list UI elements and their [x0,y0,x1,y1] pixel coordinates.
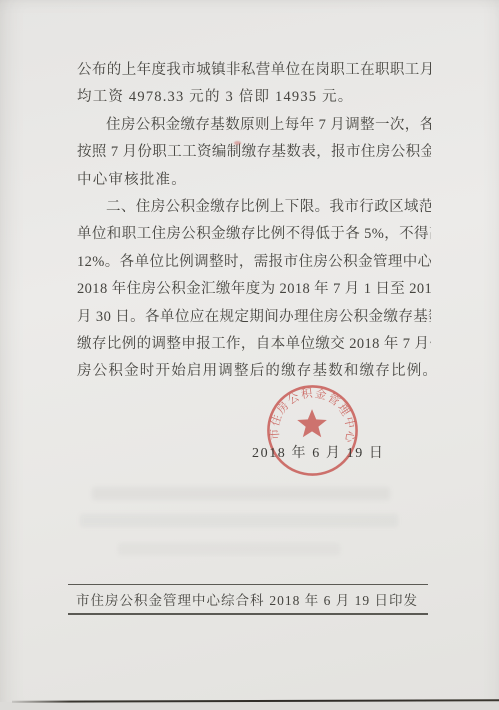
issuing-department: 市住房公积金管理中心综合科 [76,589,265,609]
body-text-line: 月 30 日。各单位应在规定期间办理住房公积金缴存基数和 [77,304,431,331]
star-icon [297,409,327,437]
page-bottom-margin [0,702,499,710]
colophon-rule-bottom [68,613,428,614]
body-text-line: 房公积金时开始启用调整后的缴存基数和缴存比例。 [77,358,431,385]
body-text-line: 公布的上年度我市城镇非私营单位在岗职工在职职工月平 [77,57,431,84]
seal-graphic: 市住房公积金管理中心 [265,383,360,478]
body-text-line: 缴存比例的调整申报工作，自本单位缴交 2018 年 7 月份住 [77,331,431,358]
sign-date: 2018 年 6 月 19 日 [252,442,385,462]
colophon-row: 市住房公积金管理中心综合科 2018 年 6 月 19 日印发 [68,585,428,613]
body-text-line: 12%。各单位比例调整时，需报市住房公积金管理中心审批。 [77,249,431,276]
body-text-line: 二、住房公积金缴存比例上下限。我市行政区域范围内 [77,194,431,221]
bleed-through-ghost [92,487,390,500]
body-text-line: 中心审核批准。 [77,167,431,194]
colophon: 市住房公积金管理中心综合科 2018 年 6 月 19 日印发 [68,584,428,615]
body-text-line: 2018 年住房公积金汇缴年度为 2018 年 7 月 1 日至 2019 年 … [77,276,431,303]
official-seal-stamp: 市住房公积金管理中心 [265,383,360,478]
bleed-through-ghost [80,514,398,527]
document-body: 公布的上年度我市城镇非私营单位在岗职工在职职工月平 均工资 4978.33 元的… [77,57,431,386]
bleed-through-ghost [118,543,340,555]
scanned-document-page: 公布的上年度我市城镇非私营单位在岗职工在职职工月平 均工资 4978.33 元的… [0,0,499,710]
body-text-line: 住房公积金缴存基数原则上每年 7 月调整一次，各单位 [77,112,431,139]
body-text-line: 单位和职工住房公积金缴存比例不得低于各 5%，不得高于各 [77,221,431,248]
body-text-line: 均工资 4978.33 元的 3 倍即 14935 元。 [77,84,431,111]
red-ink-speck [234,141,241,145]
print-date: 2018 年 6 月 19 日印发 [269,589,418,609]
body-text-line: 按照 7 月份职工工资编制缴存基数表，报市住房公积金管理 [77,139,431,166]
